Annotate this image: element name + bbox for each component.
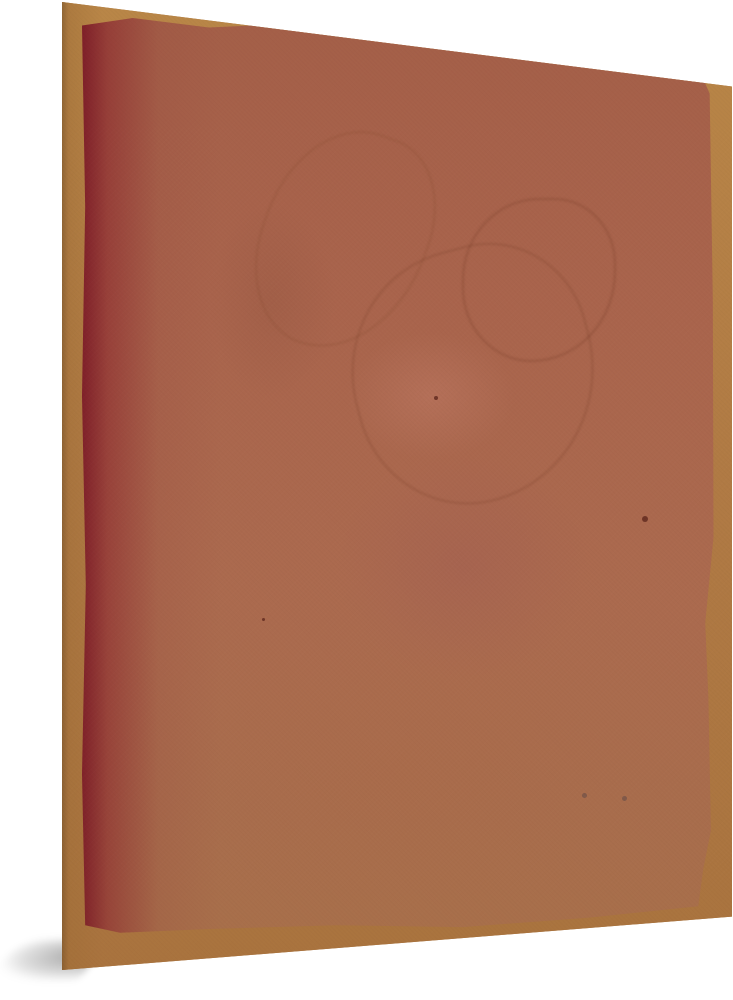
scene bbox=[0, 0, 733, 1000]
canvas-print bbox=[62, 0, 732, 972]
canvas-edge bbox=[62, 0, 732, 972]
